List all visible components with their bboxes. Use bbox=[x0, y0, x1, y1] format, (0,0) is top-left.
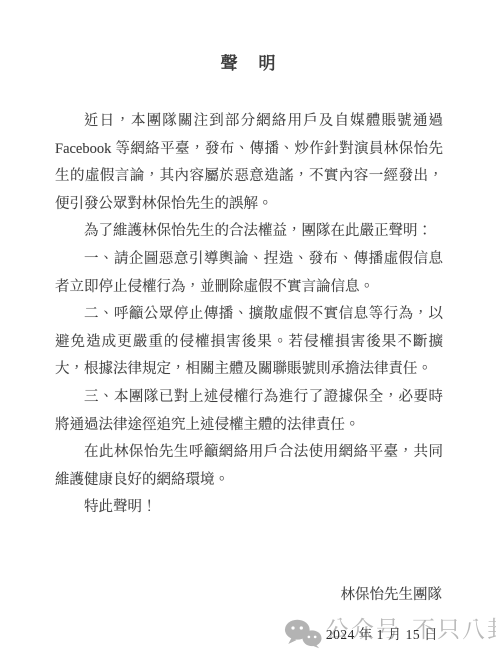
paragraph-declaration-lead: 為了維護林保怡先生的合法權益，團隊在此嚴正聲明： bbox=[55, 218, 443, 246]
paragraph-item-2: 二、呼籲公眾停止傳播、擴散虛假不實信息等行為，以避免造成更嚴重的侵權損害後果。若… bbox=[55, 301, 443, 384]
signature: 林保怡先生團隊 bbox=[341, 586, 443, 604]
wechat-icon bbox=[284, 618, 322, 649]
paragraph-closing: 特此聲明！ bbox=[55, 494, 443, 522]
paragraph-appeal: 在此林保怡先生呼籲網絡用戶合法使用網絡平臺，共同維護健康良好的網絡環境。 bbox=[55, 439, 443, 494]
document-body: 聲 明 近日，本團隊關注到部分網絡用戶及自媒體賬號通過 Facebook 等網絡… bbox=[55, 0, 443, 522]
footer: 公众号不只八卦 2024 年 1 月 15 日 bbox=[0, 612, 496, 658]
paragraph-intro: 近日，本團隊關注到部分網絡用戶及自媒體賬號通過 Facebook 等網絡平臺，發… bbox=[55, 108, 443, 218]
statement-document: 聲 明 近日，本團隊關注到部分網絡用戶及自媒體賬號通過 Facebook 等網絡… bbox=[0, 0, 496, 658]
paragraph-item-3: 三、本團隊已對上述侵權行為進行了證據保全，必要時將通過法律途徑追究上述侵權主體的… bbox=[55, 384, 443, 439]
paragraph-item-1: 一、請企圖惡意引導輿論、捏造、發布、傳播虛假信息者立即停止侵權行為，並刪除虛假不… bbox=[55, 246, 443, 301]
document-date: 2024 年 1 月 15 日 bbox=[326, 623, 438, 643]
document-title: 聲 明 bbox=[55, 52, 443, 76]
